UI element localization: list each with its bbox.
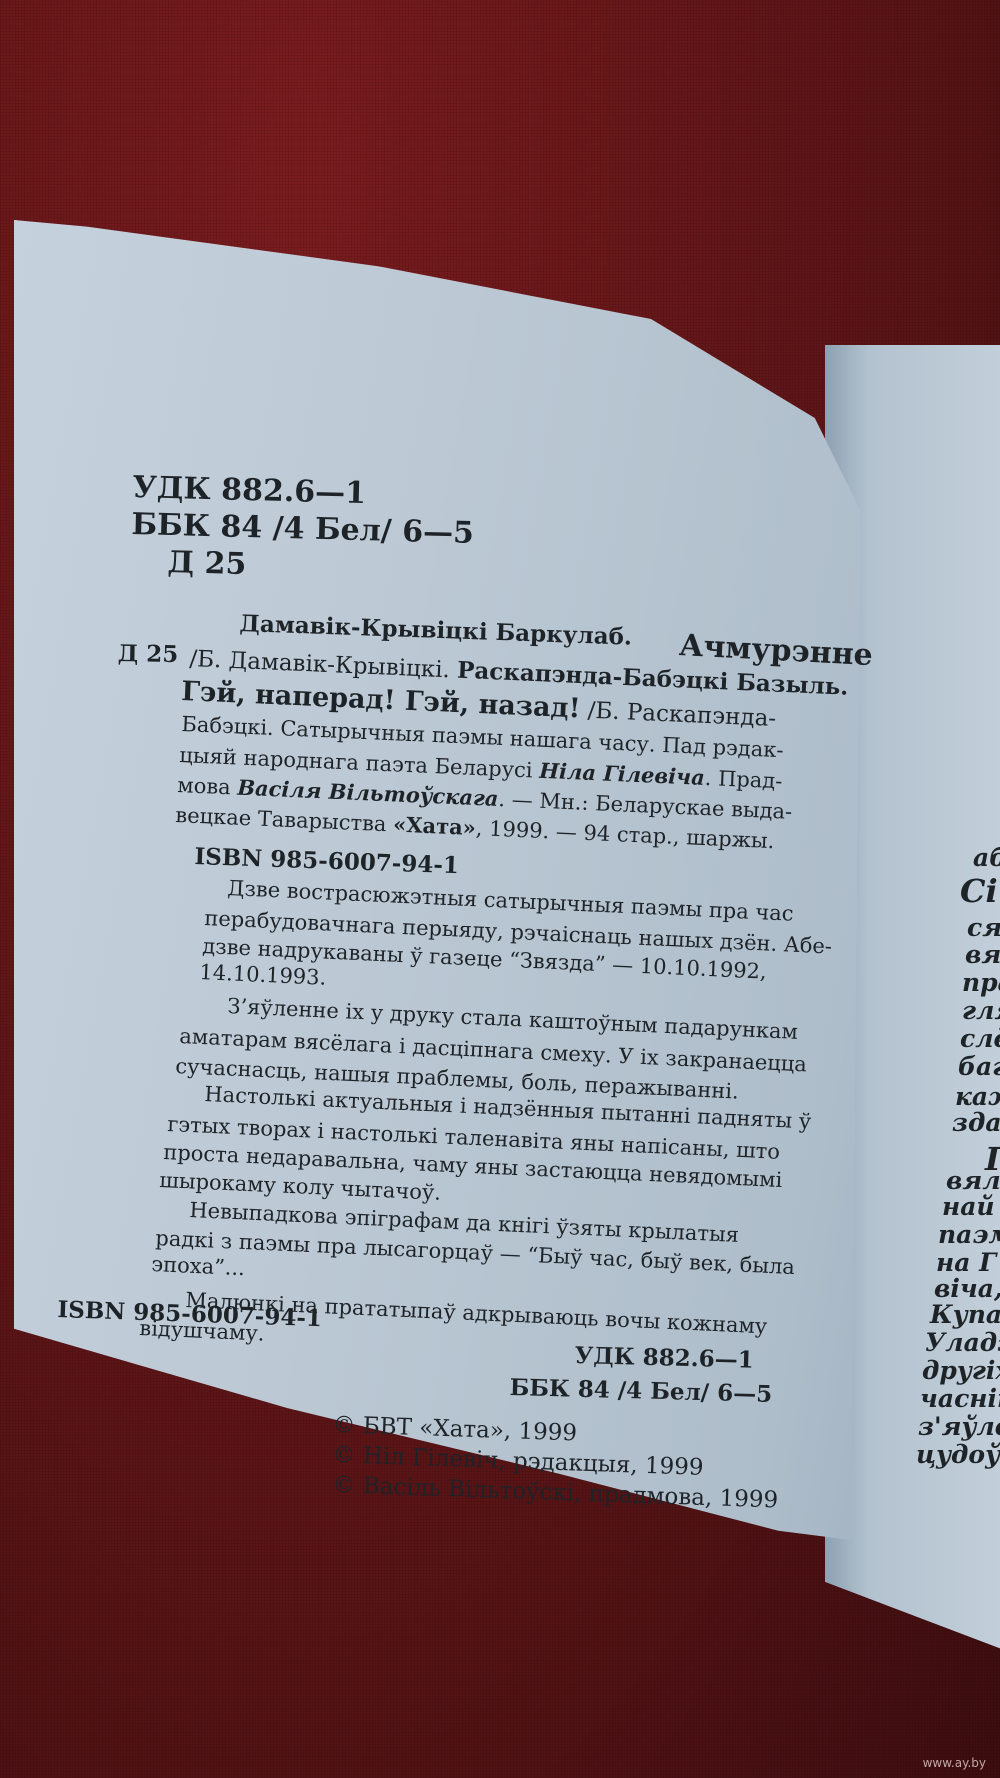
- right-page-fragment: каж: [955, 1082, 1000, 1111]
- right-page-fragment: гля: [962, 996, 1000, 1025]
- copyright-symbol-icon: ©: [332, 1442, 363, 1469]
- right-page-fragment: здар: [952, 1108, 1000, 1137]
- d-code-top: Д 25: [167, 545, 247, 582]
- right-page-fragment: аб: [973, 843, 1000, 872]
- right-page-fragment: часнік: [920, 1384, 1000, 1413]
- right-page-fragment: другіх: [922, 1356, 1000, 1385]
- right-page-fragment: з'яўле: [918, 1412, 1000, 1441]
- right-page-fragment: цудоў: [916, 1440, 1000, 1469]
- right-page-fragment: віча,: [934, 1274, 1000, 1303]
- right-page-fragment: най: [942, 1192, 995, 1221]
- right-page-fragment: вялі: [946, 1166, 1000, 1195]
- left-page: [14, 220, 924, 1540]
- right-page-fragment: паэм: [938, 1220, 1000, 1249]
- right-page-fragment: бага: [958, 1052, 1000, 1081]
- watermark: www.ay.by: [923, 1756, 986, 1770]
- right-page-fragment: вяд: [965, 940, 1000, 969]
- right-page-fragment: пра: [962, 968, 1000, 997]
- udk-code-top: УДК 882.6—1: [132, 470, 366, 511]
- udk-code-bottom: УДК 882.6—1: [574, 1342, 754, 1374]
- copyright-symbol-icon: ©: [332, 1472, 363, 1499]
- right-page-fragment: Купа: [930, 1300, 1000, 1329]
- right-page-fragment: Уладз: [925, 1328, 1000, 1357]
- right-page-fragment: на Г: [936, 1248, 996, 1277]
- right-page-fragment: Сі: [960, 872, 998, 910]
- annotation-line: эпоха”...: [151, 1252, 246, 1280]
- right-page-fragment: слё: [960, 1024, 1000, 1053]
- copyright-symbol-icon: ©: [332, 1412, 363, 1439]
- code-d25: Д 25: [118, 640, 179, 668]
- right-page-fragment: сяе: [967, 913, 1000, 942]
